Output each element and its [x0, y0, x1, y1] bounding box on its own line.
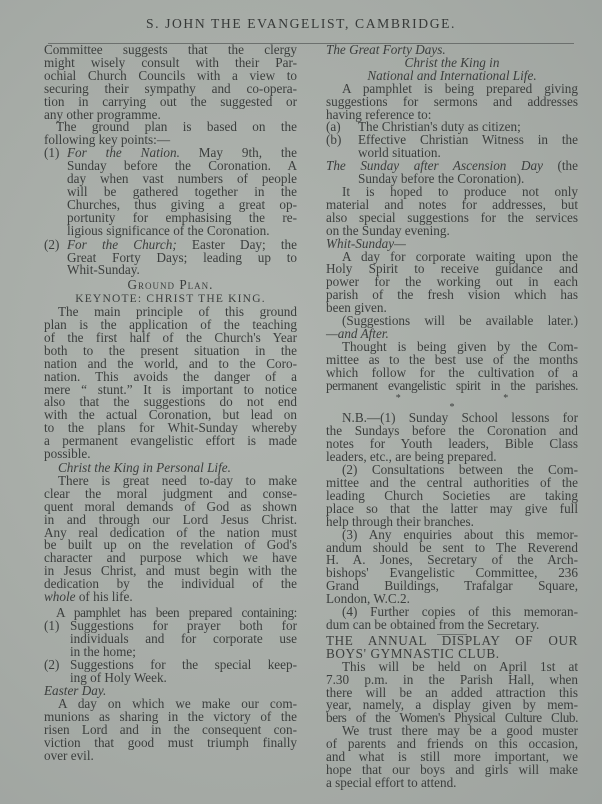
paragraph-committee: Committee suggests that the clergy might… — [44, 44, 297, 121]
paragraph-whit-sunday: A day for corporate waiting upon the Hol… — [326, 251, 578, 316]
page-header: S. JOHN THE EVANGELIST, CAMBRIDGE. — [0, 16, 602, 32]
text-fragment: of his life. — [76, 589, 133, 604]
gymnastic-club-heading: THE ANNUAL DISPLAY OF OUR BOYS' GYMNASTI… — [326, 635, 578, 661]
list-number: (2) — [44, 659, 59, 672]
list-number: (1) — [44, 620, 59, 633]
text-line: Whit-Sunday. — [67, 264, 297, 277]
paragraph-ground-plan-intro: The ground plan is based on the followin… — [44, 121, 297, 147]
list-letter: (b) — [326, 134, 341, 147]
paragraph-gym-display: This will be held on April 1st at 7.30 p… — [326, 661, 578, 726]
paragraph-nb-1: N.B.—(1) Sunday School lessons for the S… — [326, 412, 578, 464]
right-column: The Great Forty Days. Christ the King in… — [326, 44, 578, 790]
key-point-2: (2) For the Church; Easter Day; the Grea… — [44, 239, 297, 278]
list-number: (2) — [44, 239, 59, 252]
text-line: permanent evangelistic spirit in the par… — [326, 380, 578, 393]
key-point-1: (1) For the Nation. May 9th, the Sunday … — [44, 147, 297, 237]
left-column: Committee suggests that the clergy might… — [44, 44, 297, 763]
list-number: (1) — [44, 147, 59, 160]
reference-item-b: (b) Effective Christian Witness in the w… — [326, 134, 578, 160]
paragraph-easter-day: A day on which we make our com- munions … — [44, 698, 297, 763]
text-line: whole of his life. — [44, 591, 297, 604]
paragraph-thought: Thought is being given by the Com- mitte… — [326, 341, 578, 393]
paragraph-main-principle: The main principle of this ground plan i… — [44, 306, 297, 461]
text-line: over evil. — [44, 750, 297, 763]
text-line: dum can be obtained from the Secretary. — [326, 619, 578, 632]
paragraph-sermons-pamphlet: A pamphlet is being prepared giving sugg… — [326, 83, 578, 122]
paragraph-nb-4: (4) Further copies of this memoran- dum … — [326, 606, 578, 632]
text-fragment: (the — [543, 158, 578, 173]
paragraph-gym-muster: We trust there may be a good muster of p… — [326, 725, 578, 790]
paragraph-nb-3: (3) Any enquiries about this memor- andu… — [326, 529, 578, 606]
italic-word: whole — [44, 589, 76, 604]
text-line: world situation. — [358, 147, 578, 160]
paragraph-nb-2: (2) Consultations between the Com- mitte… — [326, 464, 578, 529]
paragraph-hoped-to-produce: It is hoped to produce not only material… — [326, 186, 578, 238]
text-line: ing of Holy Week. — [70, 672, 297, 685]
pamphlet-item-1: (1) Suggestions for prayer both for indi… — [44, 620, 297, 659]
ground-plan-heading: Ground Plan. — [44, 279, 297, 292]
pamphlet-item-2: (2) Suggestions for the special keep- in… — [44, 659, 297, 685]
paragraph-personal-life: There is great need to-day to make clear… — [44, 475, 297, 604]
text-line: a special effort to attend. — [326, 777, 578, 790]
